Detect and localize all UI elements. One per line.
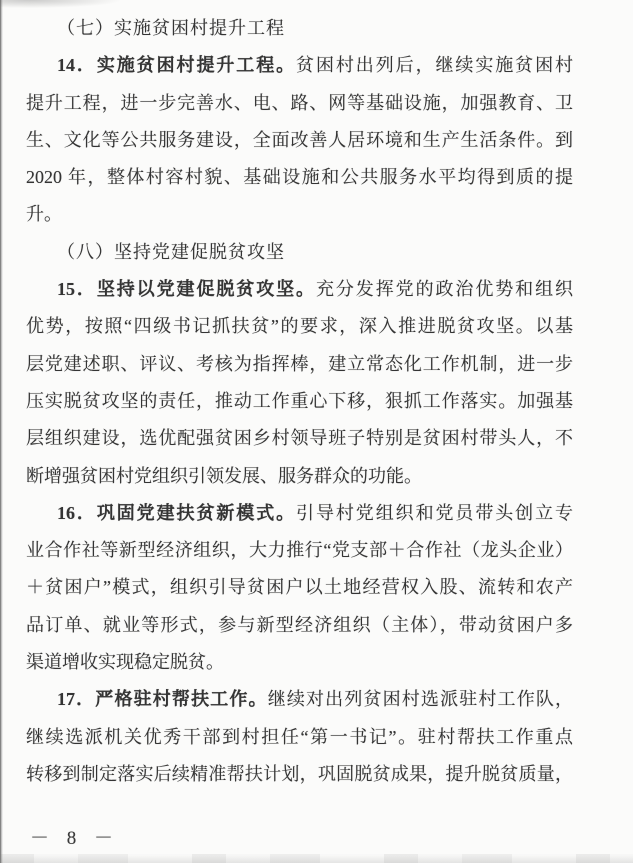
body-text-line: 继续选派机关优秀干部到村担任“第一书记”。驻村帮扶工作重点: [26, 719, 573, 756]
body-text-line: 渠道增收实现稳定脱贫。: [26, 644, 573, 681]
body-text-line: 2020 年，整体村容村貌、基础设施和公共服务水平均得到质的提: [26, 159, 573, 196]
scan-bottom-noise-artifact: [0, 854, 633, 863]
section-heading-8: （八）坚持党建促脱贫攻坚: [26, 234, 573, 271]
body-text-line: 压实脱贫攻坚的责任，推动工作重心下移，狠抓工作落实。加强基: [26, 383, 573, 420]
paragraph-14-title: 14．实施贫困村提升工程。: [57, 55, 296, 75]
document-page: （七）实施贫困村提升工程 14．实施贫困村提升工程。贫困村出列后，继续实施贫困村…: [0, 0, 633, 863]
body-text-line: ＋贫困户”模式，组织引导贫困户以土地经营权入股、流转和农产: [26, 569, 573, 606]
paragraph-14-lead-line: 14．实施贫困村提升工程。贫困村出列后，继续实施贫困村: [26, 47, 573, 84]
section-heading-7: （七）实施贫困村提升工程: [26, 10, 573, 47]
body-text-line: 业合作社等新型经济组织，大力推行“党支部＋合作社（龙头企业）: [26, 532, 573, 569]
paragraph-15-lead-line: 15．坚持以党建促脱贫攻坚。充分发挥党的政治优势和组织: [26, 271, 573, 308]
paragraph-16-text: 引导村党组织和党员带头创立专: [296, 503, 573, 523]
document-text-block: （七）实施贫困村提升工程 14．实施贫困村提升工程。贫困村出列后，继续实施贫困村…: [26, 10, 573, 793]
body-text-line: 转移到制定落实后续精准帮扶计划，巩固脱贫成果，提升脱贫质量，: [26, 756, 573, 793]
body-text-line: 层组织建设，选优配强贫困乡村领导班子特别是贫困村带头人，不: [26, 420, 573, 457]
paragraph-14-text: 贫困村出列后，继续实施贫困村: [296, 55, 573, 75]
body-text-line: 品订单、就业等形式，参与新型经济组织（主体），带动贫困户多: [26, 607, 573, 644]
paragraph-15-title: 15．坚持以党建促脱贫攻坚。: [57, 279, 316, 299]
paragraph-17-text: 继续对出列贫困村选派驻村工作队，: [268, 689, 573, 709]
paragraph-17-title: 17．严格驻村帮扶工作。: [57, 689, 268, 709]
scan-corner-smudge-artifact: [0, 0, 120, 8]
paragraph-15-text: 充分发挥党的政治优势和组织: [316, 279, 573, 299]
body-text-line: 提升工程，进一步完善水、电、路、网等基础设施，加强教育、卫: [26, 85, 573, 122]
section-heading-text: （八）坚持党建促脱贫攻坚: [57, 242, 285, 262]
paragraph-16-lead-line: 16．巩固党建扶贫新模式。引导村党组织和党员带头创立专: [26, 495, 573, 532]
body-text-line: 生、文化等公共服务建设，全面改善人居环境和生产生活条件。到: [26, 122, 573, 159]
page-number: － 8 －: [30, 828, 113, 850]
scan-left-edge-artifact: [0, 0, 3, 863]
body-text-line: 断增强贫困村党组织引领发展、服务群众的功能。: [26, 458, 573, 495]
section-heading-text: （七）实施贫困村提升工程: [57, 18, 285, 38]
body-text-line: 优势，按照“四级书记抓扶贫”的要求，深入推进脱贫攻坚。以基: [26, 308, 573, 345]
body-text-line: 升。: [26, 196, 573, 233]
body-text-line: 层党建述职、评议、考核为指挥棒，建立常态化工作机制，进一步: [26, 346, 573, 383]
paragraph-16-title: 16．巩固党建扶贫新模式。: [57, 503, 296, 523]
paragraph-17-lead-line: 17．严格驻村帮扶工作。继续对出列贫困村选派驻村工作队，: [26, 681, 573, 718]
